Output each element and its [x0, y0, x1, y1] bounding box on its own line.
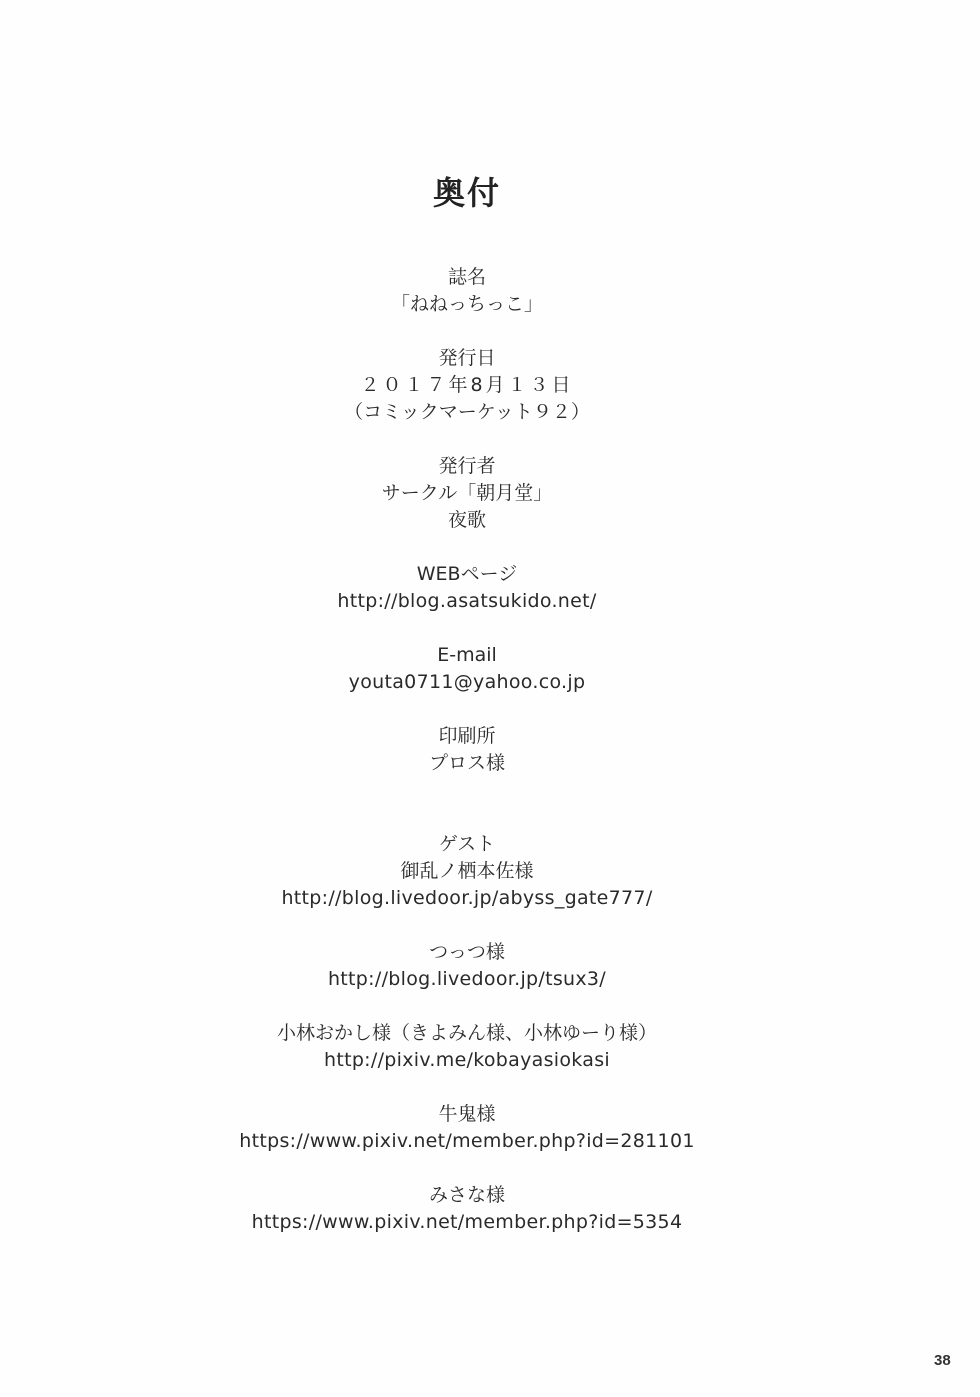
guests-label: ゲスト — [0, 832, 934, 856]
email-address[interactable]: youta0711@yahoo.co.jp — [0, 670, 934, 694]
guest-name: 牛鬼様 — [0, 1102, 934, 1126]
web-url[interactable]: http://blog.asatsukido.net/ — [0, 589, 934, 613]
guest-name: 御乱ノ栖本佐様 — [0, 859, 934, 883]
printer-label: 印刷所 — [0, 724, 934, 748]
colophon-page: 奥付 誌名 「ねねっちっこ」 発行日 ２０１７年8月１３日 （コミックマーケット… — [0, 0, 980, 1397]
issue-date-label: 発行日 — [0, 346, 934, 370]
web-label: WEBページ — [0, 562, 934, 586]
guest-name: みさな様 — [0, 1183, 934, 1207]
email-label: E-mail — [0, 643, 934, 667]
publisher-label: 発行者 — [0, 454, 934, 478]
guest-url[interactable]: https://www.pixiv.net/member.php?id=5354 — [0, 1210, 934, 1234]
issue-event: （コミックマーケット９２） — [0, 400, 934, 424]
guest-url[interactable]: http://blog.livedoor.jp/abyss_gate777/ — [0, 886, 934, 910]
issue-date: ２０１７年8月１３日 — [0, 373, 934, 397]
guest-name: 小林おかし様（きよみん様、小林ゆーり様） — [0, 1021, 934, 1045]
page-title: 奥付 — [0, 168, 934, 214]
publisher-author: 夜歌 — [0, 508, 934, 532]
page-number: 38 — [934, 1352, 951, 1369]
publisher-circle: サークル「朝月堂」 — [0, 481, 934, 505]
magazine-name: 「ねねっちっこ」 — [0, 292, 934, 316]
guest-name: つっつ様 — [0, 940, 934, 964]
magazine-label: 誌名 — [0, 265, 934, 289]
guest-url[interactable]: http://blog.livedoor.jp/tsux3/ — [0, 967, 934, 991]
guest-url[interactable]: http://pixiv.me/kobayasiokasi — [0, 1048, 934, 1072]
guest-url[interactable]: https://www.pixiv.net/member.php?id=2811… — [0, 1129, 934, 1153]
printer-name: プロス様 — [0, 751, 934, 775]
